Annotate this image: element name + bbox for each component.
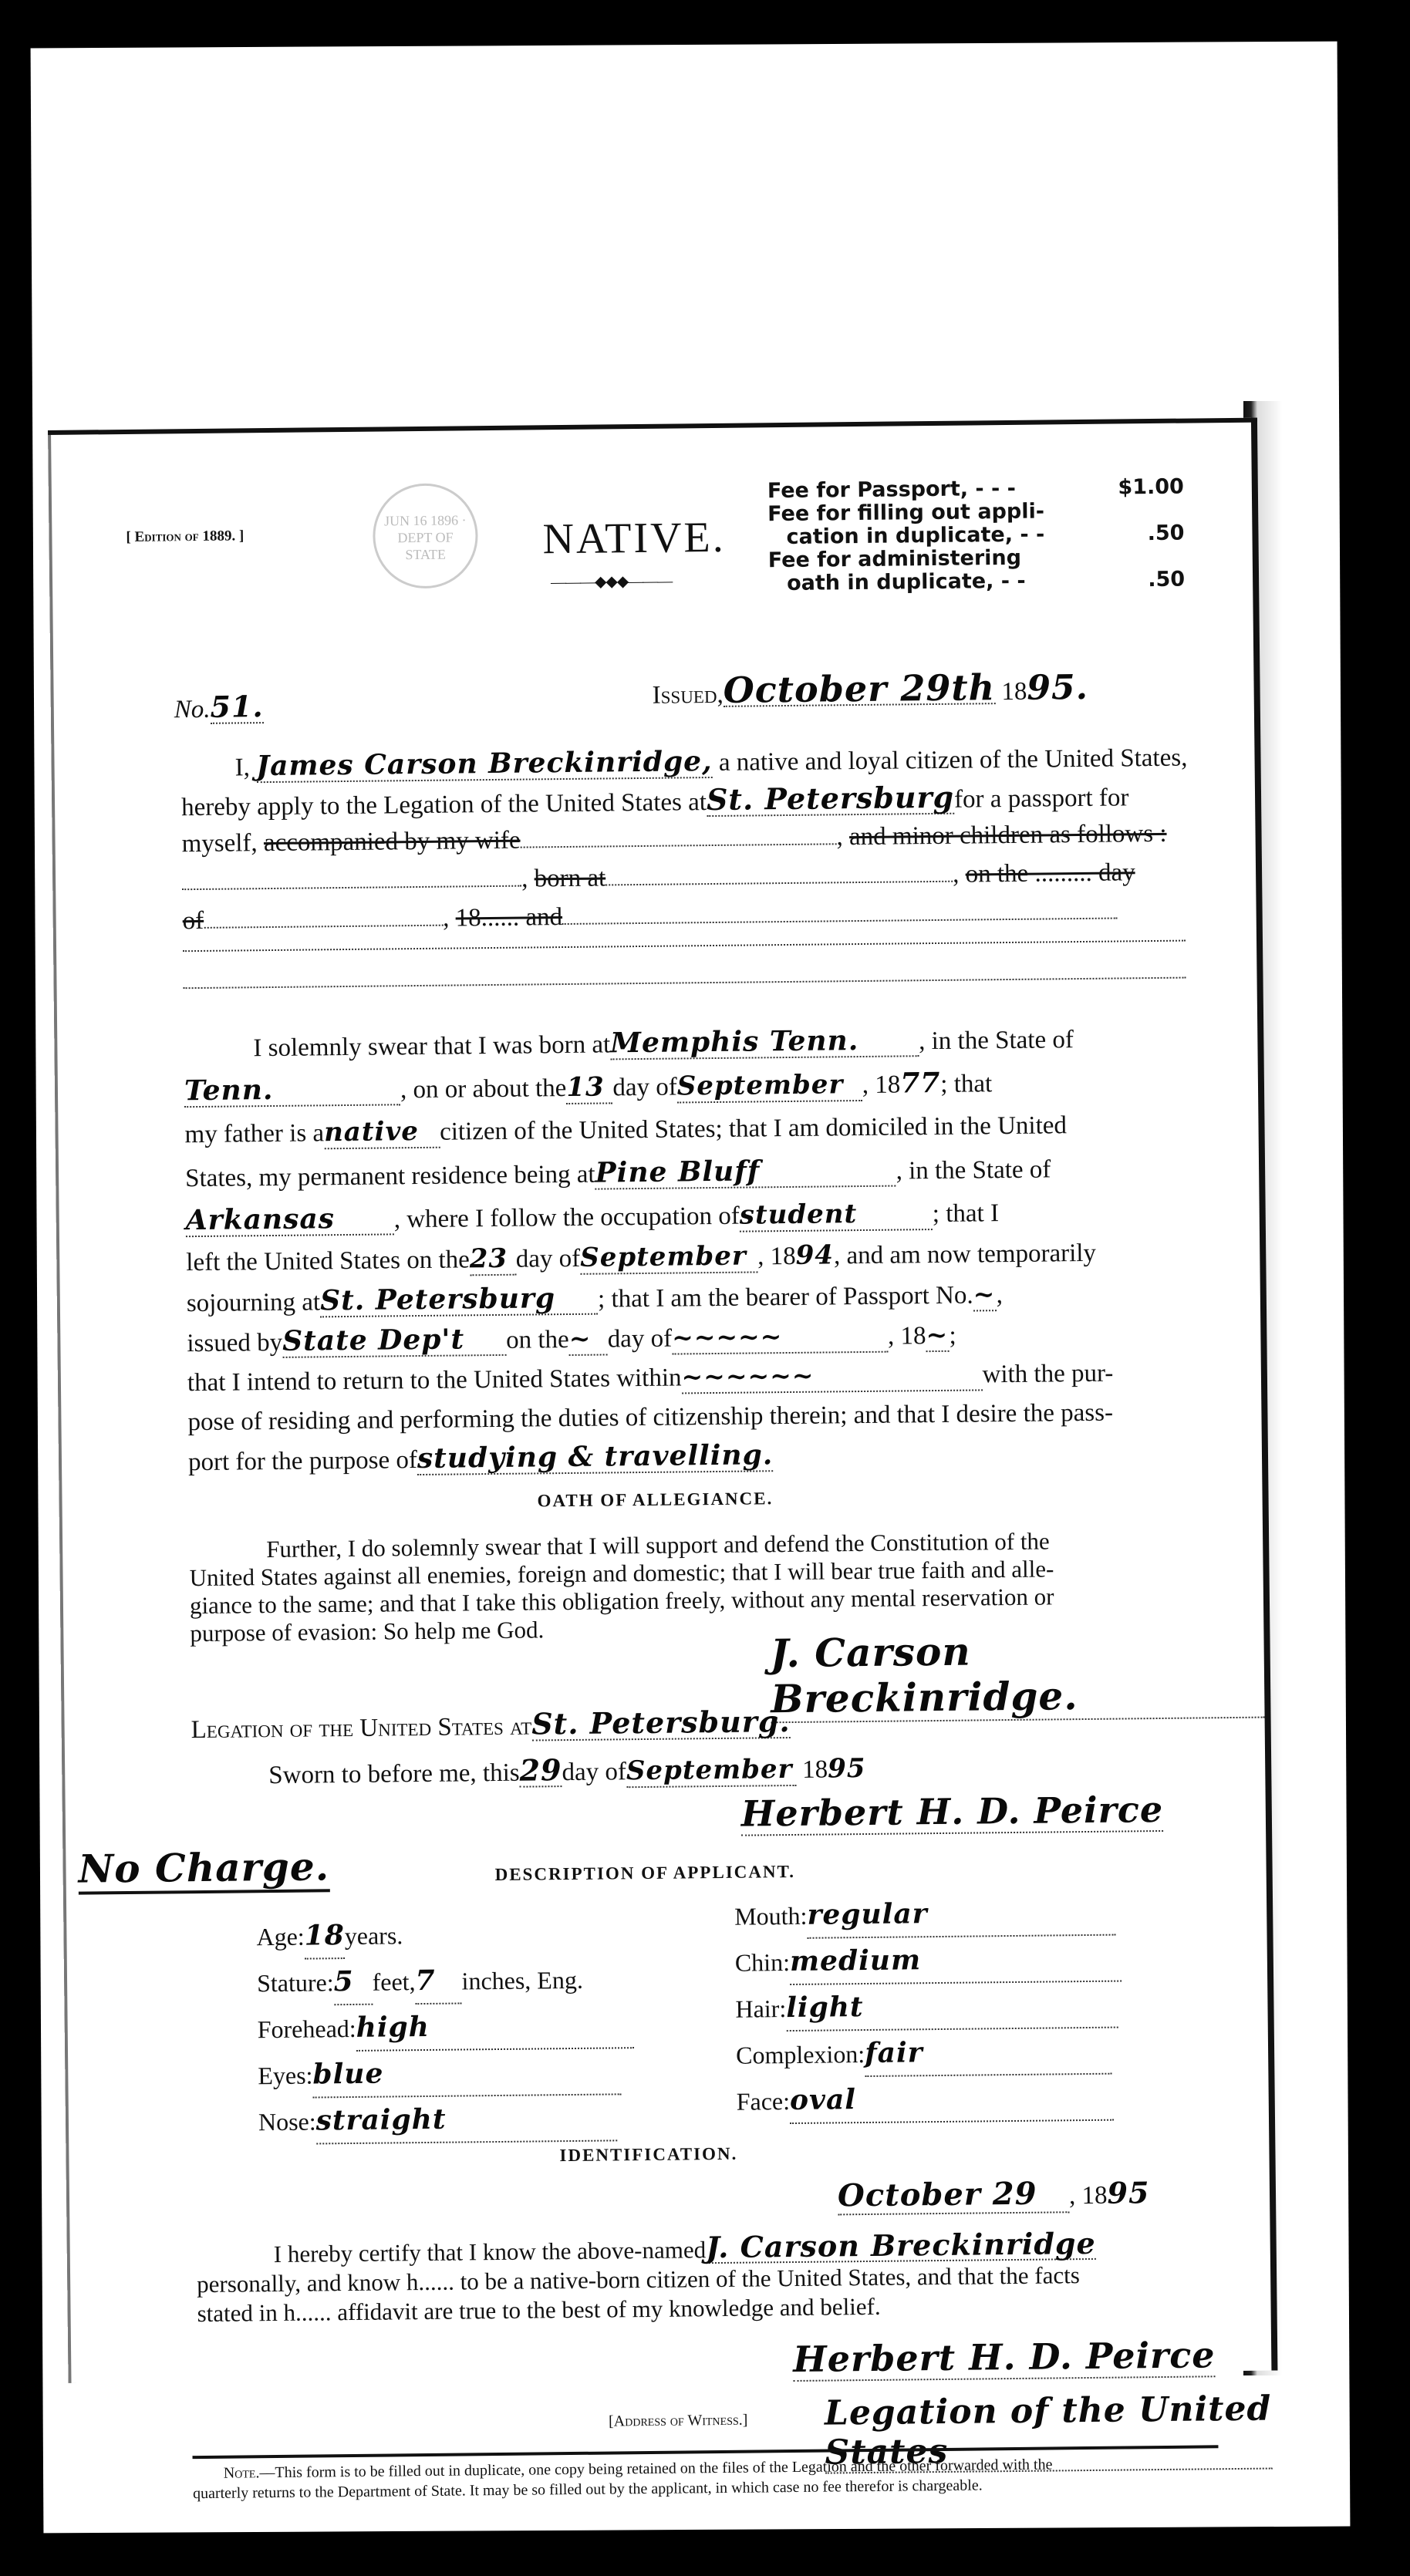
birth-year: 77 xyxy=(900,1067,941,1100)
father-suffix: citizen of the United States; that I am … xyxy=(440,1111,1067,1146)
official-signature: Herbert H. D. Peirce xyxy=(741,1789,1164,1836)
allegiance-title: OATH OF ALLEGIANCE. xyxy=(537,1489,773,1511)
nose-row: Nose:straight xyxy=(258,2094,691,2145)
occupation-prefix: where I follow the occupation of xyxy=(406,1202,740,1234)
state-of-label: in the State of xyxy=(931,1026,1074,1055)
edition-label: [ Edition of 1889. ] xyxy=(126,528,244,546)
complexion-value: fair xyxy=(865,2028,1112,2077)
applicant-name: James Carson Breckinridge, xyxy=(256,746,713,783)
return-within: ~~~~~~ xyxy=(681,1358,982,1394)
issued-year: 95. xyxy=(1027,668,1088,708)
mouth-label: Mouth: xyxy=(734,1902,808,1930)
age-value: 18 xyxy=(304,1913,345,1960)
birth-month: September xyxy=(677,1069,862,1104)
purpose: studying & travelling. xyxy=(417,1439,774,1475)
nose-label: Nose: xyxy=(258,2107,316,2136)
description-left-column: Age:18years. Stature:5feet,7inches, Eng.… xyxy=(256,1909,690,2145)
day-of-label: day of xyxy=(612,1074,677,1102)
face-value: oval xyxy=(790,2075,1115,2124)
legation-city: St. Petersburg xyxy=(707,782,955,817)
fee-dashes: - - xyxy=(1020,522,1044,546)
number-label: No. xyxy=(174,696,211,723)
forehead-label: Forehead: xyxy=(258,2015,356,2043)
fee-label: Fee for administering xyxy=(768,546,1022,572)
blank-line xyxy=(184,977,1186,990)
stature-label: Stature: xyxy=(257,1968,334,1997)
blank-line xyxy=(183,940,1186,953)
occupation: student xyxy=(740,1198,933,1232)
forehead-row: Forehead:high xyxy=(257,2001,690,2052)
return-prefix: that I intend to return to the United St… xyxy=(187,1364,682,1397)
departure-line: left the United States on the23day ofSep… xyxy=(186,1236,1189,1280)
note-label: Note. xyxy=(224,2464,260,2481)
bearer-text: ; that I am the bearer of Passport No. xyxy=(598,1282,973,1313)
children-line: , born at, on the ......... day xyxy=(182,857,1185,899)
issued-by-line: issued byState Dep'ton the~day of~~~~~, … xyxy=(187,1317,1189,1360)
return-suffix: with the pur- xyxy=(982,1360,1113,1389)
fee-amount: .50 xyxy=(1148,568,1185,592)
identification-text: I hereby certify that I know the above-n… xyxy=(197,2227,1200,2328)
sworn-prefix: Sworn to before me, this xyxy=(191,1759,520,1790)
left-month: September xyxy=(580,1240,757,1274)
identification-date-line: October 29, 1895 xyxy=(838,2174,1150,2215)
intro-suffix: a native and loyal citizen of the United… xyxy=(719,744,1188,777)
fee-label: Fee for Passport, xyxy=(767,477,968,504)
mouth-value: regular xyxy=(807,1890,1116,1939)
struck-on-the-day: on the ......... day xyxy=(965,858,1135,888)
identification-year: 95 xyxy=(1107,2175,1149,2210)
issued-label: Issued, xyxy=(652,681,723,710)
witness-signature: Herbert H. D. Peirce xyxy=(793,2334,1216,2382)
sworn-year: 95 xyxy=(828,1753,866,1785)
struck-children: and minor children as follows : xyxy=(849,820,1167,851)
issued-on-the-label: on the xyxy=(506,1326,569,1354)
father-status: native xyxy=(324,1116,440,1150)
application-number: 51. xyxy=(210,691,264,724)
left-suffix: , and am now temporarily xyxy=(834,1239,1096,1270)
legation-apply-line: hereby apply to the Legation of the Unit… xyxy=(181,780,1184,824)
certify-prefix: I hereby certify that I know the above-n… xyxy=(274,2236,707,2267)
applicant-line: I, James Carson Breckinridge, a native a… xyxy=(180,741,1183,784)
passport-number: ~ xyxy=(973,1279,996,1311)
complexion-label: Complexion: xyxy=(736,2040,865,2069)
struck-of: of xyxy=(182,907,204,935)
issued-day-of-label: day of xyxy=(608,1325,673,1354)
identification-date: October 29 xyxy=(838,2175,1069,2215)
chin-row: Chin:medium xyxy=(735,1935,1168,1986)
left-prefix: left the United States on the xyxy=(186,1246,470,1276)
residence-prefix: States, my permanent residence being at xyxy=(185,1161,595,1193)
address-of-witness-label: [Address of Witness.] xyxy=(609,2412,748,2431)
father-line: my father is anativecitizen of the Unite… xyxy=(184,1108,1187,1151)
issued-month: ~~~~~ xyxy=(672,1320,888,1355)
birthplace-line: I solemnly swear that I was born atMemph… xyxy=(184,1022,1186,1065)
hair-value: light xyxy=(786,1982,1118,2031)
age-label: Age: xyxy=(256,1923,305,1951)
father-prefix: my father is a xyxy=(184,1119,324,1148)
age-row: Age:18years. xyxy=(256,1909,689,1960)
residence-state-label: in the State of xyxy=(909,1155,1051,1185)
fee-dashes: - - xyxy=(1001,569,1026,593)
title-ornament: ———◆◆◆——— xyxy=(551,572,672,592)
sworn-line: Sworn to before me, this29day ofSeptembe… xyxy=(191,1748,1194,1793)
issued-by: State Dep't xyxy=(282,1323,506,1358)
received-stamp: JUN 16 1896 · DEPT OF STATE xyxy=(373,483,478,588)
face-label: Face: xyxy=(737,2087,791,2116)
hair-label: Hair: xyxy=(735,1994,786,2023)
age-suffix: years. xyxy=(345,1921,403,1950)
eyes-row: Eyes:blue xyxy=(258,2048,690,2099)
residence: Pine Bluff xyxy=(595,1155,896,1190)
eyes-label: Eyes: xyxy=(258,2062,312,2090)
myself-line: myself, accompanied by my wife, and mino… xyxy=(181,818,1184,860)
fee-schedule: Fee for Passport, - - - $1.00 Fee for fi… xyxy=(767,476,1186,596)
mouth-row: Mouth:regular xyxy=(734,1889,1167,1940)
purpose-prefix: port for the purpose of xyxy=(188,1446,417,1476)
no-charge-note: No Charge. xyxy=(78,1843,329,1894)
apply-text: hereby apply to the Legation of the Unit… xyxy=(181,788,707,821)
sworn-month: September xyxy=(626,1754,796,1788)
birthdate-line: Tenn., on or about the13day ofSeptember,… xyxy=(184,1065,1187,1109)
purpose-line: port for the purpose ofstudying & travel… xyxy=(188,1435,1191,1479)
description-title: DESCRIPTION OF APPLICANT. xyxy=(495,1862,796,1885)
struck-born-at: born at xyxy=(534,864,605,892)
stature-feet: 5 xyxy=(333,1959,373,2006)
on-or-about-label: on or about the xyxy=(413,1074,566,1104)
fee-amount: $1.00 xyxy=(1118,476,1184,500)
identification-year-prefix: 18 xyxy=(1081,2182,1107,2210)
fee-label: cation in duplicate, xyxy=(786,523,1013,549)
day-of-label: day of xyxy=(516,1245,581,1273)
sworn-day-of-label: day of xyxy=(562,1758,626,1786)
stature-inches: 7 xyxy=(415,1957,462,2004)
sworn-year-prefix: 18 xyxy=(802,1756,828,1784)
description-right-column: Mouth:regular Chin:medium Hair:light Com… xyxy=(734,1889,1169,2125)
occupation-line: Arkansas, where I follow the occupation … xyxy=(186,1195,1189,1239)
sworn-day: 29 xyxy=(519,1755,562,1788)
face-row: Face:oval xyxy=(736,2074,1169,2125)
issued-day: ~ xyxy=(568,1323,607,1356)
purpose-text-line: pose of residing and performing the duti… xyxy=(187,1397,1190,1438)
children-line-2: of, 18...... and xyxy=(182,895,1185,937)
feet-label: feet, xyxy=(372,1967,415,1996)
issued-year: ~ xyxy=(926,1320,949,1352)
that-label: ; that xyxy=(940,1070,992,1098)
fee-label: oath in duplicate, xyxy=(787,569,994,595)
chin-label: Chin: xyxy=(735,1948,790,1977)
residence-state: Arkansas xyxy=(186,1202,394,1237)
birth-day: 13 xyxy=(566,1071,612,1104)
birth-year-prefix: 18 xyxy=(875,1071,900,1098)
passport-application-page: [ Edition of 1889. ] JUN 16 1896 · DEPT … xyxy=(48,418,1277,2383)
birth-state: Tenn. xyxy=(184,1073,400,1108)
stature-row: Stature:5feet,7inches, Eng. xyxy=(257,1955,690,2006)
fee-row: oath in duplicate, - - .50 xyxy=(768,568,1185,596)
issued-year-prefix: 18 xyxy=(900,1322,926,1350)
born-prefix: I solemnly swear that I was born at xyxy=(184,1030,610,1063)
fee-amount: .50 xyxy=(1147,522,1184,545)
fee-label: Fee for filling out appli- xyxy=(767,499,1044,526)
myself-label: myself, xyxy=(181,829,257,858)
stamp-text: JUN 16 1896 · DEPT OF STATE xyxy=(379,511,472,563)
issued-date: October 29th xyxy=(723,672,995,707)
nose-value: straight xyxy=(315,2095,617,2144)
fee-dashes: - - - xyxy=(975,477,1016,501)
legation-sworn-line: Legation of the United States atSt. Pete… xyxy=(191,1702,1193,1746)
issued-line: Issued,October 29th 1895. xyxy=(652,669,1192,710)
residence-line: States, my permanent residence being atP… xyxy=(185,1151,1188,1195)
return-line: that I intend to return to the United St… xyxy=(187,1357,1190,1400)
sworn-legation-city: St. Petersburg. xyxy=(531,1706,791,1741)
left-year-prefix: 18 xyxy=(770,1242,795,1270)
complexion-row: Complexion:fair xyxy=(736,2028,1169,2079)
apply-suffix: for a passport for xyxy=(954,784,1129,813)
struck-18-and: 18...... and xyxy=(455,903,562,932)
left-year: 94 xyxy=(795,1239,834,1271)
sojourn-city: St. Petersburg xyxy=(320,1283,598,1318)
inches-label: inches, Eng. xyxy=(461,1966,583,1995)
identified-person: J. Carson Breckinridge xyxy=(706,2229,1096,2264)
identification-title: IDENTIFICATION. xyxy=(559,2144,737,2166)
forehead-value: high xyxy=(356,2002,634,2052)
legation-label: Legation of the United States at xyxy=(191,1713,531,1745)
form-title: NATIVE. xyxy=(542,513,726,564)
left-day: 23 xyxy=(470,1243,516,1276)
hair-row: Hair:light xyxy=(735,1981,1168,2032)
sojourn-prefix: sojourning at xyxy=(187,1288,321,1317)
birthplace: Memphis Tenn. xyxy=(610,1024,919,1060)
struck-accompanied: accompanied by my wife xyxy=(264,827,521,857)
intro-prefix: I, xyxy=(180,754,250,782)
issued-by-label: issued by xyxy=(187,1329,282,1357)
occupation-suffix: ; that I xyxy=(933,1199,1000,1228)
eyes-value: blue xyxy=(312,2048,622,2098)
sojourn-line: sojourning atSt. Petersburg; that I am t… xyxy=(187,1276,1189,1320)
chin-value: medium xyxy=(790,1936,1122,1985)
fee-row: Fee for Passport, - - - $1.00 xyxy=(767,476,1184,504)
issued-year-prefix: 18 xyxy=(1001,678,1027,706)
